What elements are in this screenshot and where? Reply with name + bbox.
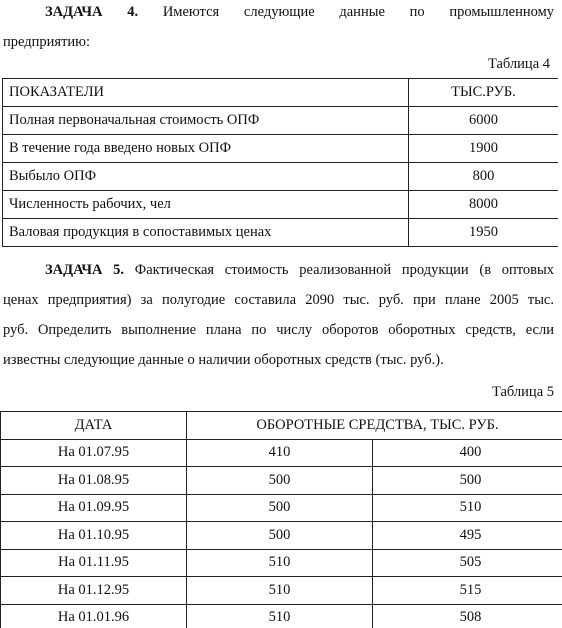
task5-text-1: Фактическая стоимость реализованной прод… [135,262,554,278]
value-cell-1: 500 [187,494,373,522]
table-row: На 01.10.95500495 [1,522,562,550]
value-cell: 800 [409,163,559,191]
value-cell-1: 500 [187,467,373,495]
table-row: В течение года введено новых ОПФ1900 [3,135,559,163]
table4-caption: Таблица 4 [488,56,550,73]
value-cell: 6000 [409,107,559,135]
task5-intro-line3: руб. Определить выполнение плана по числ… [3,315,554,345]
indicator-cell: Численность рабочих, чел [3,191,409,219]
value-cell-2: 505 [373,549,562,577]
table-header-row: ПОКАЗАТЕЛИТЫС.РУБ. [3,79,559,107]
value-cell-2: 400 [373,439,562,467]
table-row: Выбыло ОПФ800 [3,163,559,191]
date-cell: На 01.07.95 [1,439,187,467]
value-cell-2: 510 [373,494,562,522]
table-row: На 01.08.95500500 [1,467,562,495]
indicator-cell: Полная первоначальная стоимость ОПФ [3,107,409,135]
value-cell-2: 495 [373,522,562,550]
date-cell: На 01.10.95 [1,522,187,550]
table-row: На 01.01.96510508 [1,604,562,628]
date-cell: На 01.12.95 [1,577,187,605]
task5-intro-line2: ценах предприятия) за полугодие составил… [3,285,554,315]
date-cell: На 01.11.95 [1,549,187,577]
value-cell-2: 508 [373,604,562,628]
value-cell: ТЫС.РУБ. [409,79,559,107]
value-cell-2: 500 [373,467,562,495]
table-row: На 01.09.95500510 [1,494,562,522]
value-cell-1: 510 [187,549,373,577]
date-cell: На 01.08.95 [1,467,187,495]
task4-text: Имеются следующие данные по промышленном… [163,4,554,20]
date-cell: На 01.01.96 [1,604,187,628]
task5-intro-line4: известны следующие данные о наличии обор… [3,345,554,375]
task4-intro-line1: ЗАДАЧА 4. Имеются следующие данные по пр… [3,0,554,27]
table-row: Валовая продукция в сопоставимых ценах19… [3,219,559,247]
task4-label: ЗАДАЧА 4. [45,4,138,20]
table-row: На 01.11.95510505 [1,549,562,577]
table-5: ДАТАОБОРОТНЫЕ СРЕДСТВА, ТЫС. РУБ.На 01.0… [0,411,562,628]
date-header: ДАТА [1,412,187,440]
indicator-cell: ПОКАЗАТЕЛИ [3,79,409,107]
value-cell-2: 515 [373,577,562,605]
table-header-row: ДАТАОБОРОТНЫЕ СРЕДСТВА, ТЫС. РУБ. [1,412,562,440]
table-4: ПОКАЗАТЕЛИТЫС.РУБ.Полная первоначальная … [2,78,558,247]
table-row: Полная первоначальная стоимость ОПФ6000 [3,107,559,135]
table-row: На 01.12.95510515 [1,577,562,605]
task4-intro-line2: предприятию: [3,27,554,57]
value-cell-1: 510 [187,577,373,605]
value-cell-1: 510 [187,604,373,628]
table-row: На 01.07.95410400 [1,439,562,467]
table5-caption: Таблица 5 [492,384,554,401]
task5-intro-line1: ЗАДАЧА 5. Фактическая стоимость реализов… [3,255,554,285]
task5-label: ЗАДАЧА 5. [45,262,124,278]
table-row: Численность рабочих, чел8000 [3,191,559,219]
date-cell: На 01.09.95 [1,494,187,522]
value-cell: 8000 [409,191,559,219]
value-cell-1: 500 [187,522,373,550]
value-cell-1: 410 [187,439,373,467]
indicator-cell: Выбыло ОПФ [3,163,409,191]
working-capital-header: ОБОРОТНЫЕ СРЕДСТВА, ТЫС. РУБ. [187,412,562,440]
indicator-cell: В течение года введено новых ОПФ [3,135,409,163]
value-cell: 1900 [409,135,559,163]
indicator-cell: Валовая продукция в сопоставимых ценах [3,219,409,247]
value-cell: 1950 [409,219,559,247]
